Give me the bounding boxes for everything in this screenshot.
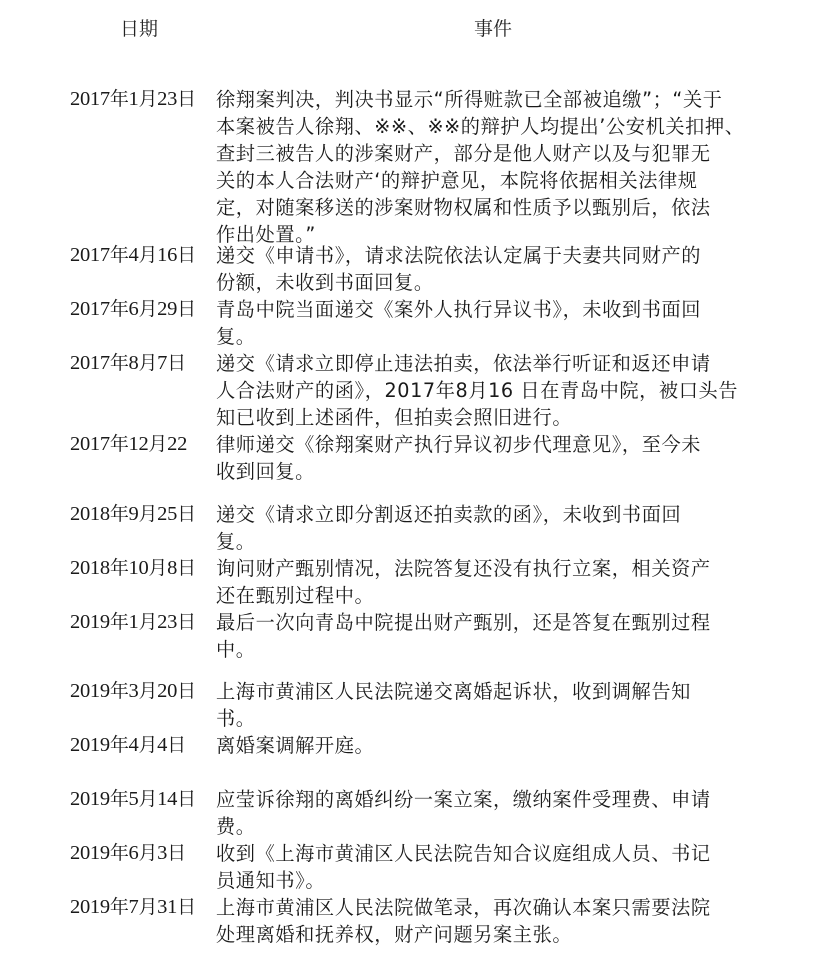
row-date: 2019年7月31日: [70, 894, 196, 921]
row-event: 递交《请求立即分割返还拍卖款的函》，未收到书面回复。: [216, 501, 764, 555]
event-line: 徐翔案判决，判决书显示“所得赃款已全部被追缴”；“关于: [216, 86, 764, 113]
header-event: 事件: [474, 14, 512, 41]
row-date: 2017年8月7日: [70, 350, 186, 377]
event-line: 上海市黄浦区人民法院做笔录，再次确认本案只需要法院: [216, 894, 764, 921]
row-event: 青岛中院当面递交《案外人执行异议书》，未收到书面回复。: [216, 296, 764, 350]
event-line: 询问财产甄别情况，法院答复还没有执行立案，相关资产: [216, 555, 764, 582]
event-line: 上海市黄浦区人民法院递交离婚起诉状，收到调解告知: [216, 678, 764, 705]
event-line: 知已收到上述函件，但拍卖会照旧进行。: [216, 404, 764, 431]
event-line: 递交《请求立即分割返还拍卖款的函》，未收到书面回: [216, 501, 764, 528]
event-line: 离婚案调解开庭。: [216, 732, 764, 759]
event-line: 复。: [216, 528, 764, 555]
row-event: 递交《请求立即停止违法拍卖，依法举行听证和返还申请人合法财产的函》，2017年8…: [216, 350, 764, 431]
event-line: 收到回复。: [216, 458, 764, 485]
row-date: 2019年5月14日: [70, 786, 196, 813]
header-date: 日期: [120, 14, 158, 41]
event-line: 中。: [216, 636, 764, 663]
row-event: 应莹诉徐翔的离婚纠纷一案立案，缴纳案件受理费、申请费。: [216, 786, 764, 840]
event-line: 查封三被告人的涉案财产，部分是他人财产以及与犯罪无: [216, 140, 764, 167]
event-line: 书。: [216, 705, 764, 732]
event-line: 复。: [216, 323, 764, 350]
row-event: 询问财产甄别情况，法院答复还没有执行立案，相关资产还在甄别过程中。: [216, 555, 764, 609]
row-date: 2019年3月20日: [70, 678, 196, 705]
row-date: 2019年6月3日: [70, 840, 186, 867]
event-line: 人合法财产的函》，2017年8月16 日在青岛中院，被口头告: [216, 377, 764, 404]
row-date: 2018年9月25日: [70, 501, 196, 528]
row-event: 徐翔案判决，判决书显示“所得赃款已全部被追缴”；“关于本案被告人徐翔、※※、※※…: [216, 86, 764, 248]
event-line: 定，对随案移送的涉案财物权属和性质予以甄别后，依法: [216, 194, 764, 221]
event-line: 递交《申请书》，请求法院依法认定属于夫妻共同财产的: [216, 242, 764, 269]
event-line: 员通知书》。: [216, 867, 764, 894]
row-event: 上海市黄浦区人民法院做笔录，再次确认本案只需要法院处理离婚和抚养权，财产问题另案…: [216, 894, 764, 948]
event-line: 最后一次向青岛中院提出财产甄别，还是答复在甄别过程: [216, 609, 764, 636]
event-line: 处理离婚和抚养权，财产问题另案主张。: [216, 921, 764, 948]
row-date: 2017年4月16日: [70, 242, 196, 269]
event-line: 律师递交《徐翔案财产执行异议初步代理意见》，至今未: [216, 431, 764, 458]
event-line: 应莹诉徐翔的离婚纠纷一案立案，缴纳案件受理费、申请: [216, 786, 764, 813]
row-event: 离婚案调解开庭。: [216, 732, 764, 759]
row-event: 上海市黄浦区人民法院递交离婚起诉状，收到调解告知书。: [216, 678, 764, 732]
row-date: 2018年10月8日: [70, 555, 196, 582]
row-event: 收到《上海市黄浦区人民法院告知合议庭组成人员、书记员通知书》。: [216, 840, 764, 894]
event-line: 费。: [216, 813, 764, 840]
row-date: 2017年1月23日: [70, 86, 196, 113]
row-date: 2019年4月4日: [70, 732, 186, 759]
event-line: 关的本人合法财产‘的辩护意见，本院将依据相关法律规: [216, 167, 764, 194]
event-line: 本案被告人徐翔、※※、※※的辩护人均提出’公安机关扣押、: [216, 113, 764, 140]
event-line: 递交《请求立即停止违法拍卖，依法举行听证和返还申请: [216, 350, 764, 377]
row-event: 递交《申请书》，请求法院依法认定属于夫妻共同财产的份额，未收到书面回复。: [216, 242, 764, 296]
event-line: 青岛中院当面递交《案外人执行异议书》，未收到书面回: [216, 296, 764, 323]
row-event: 最后一次向青岛中院提出财产甄别，还是答复在甄别过程中。: [216, 609, 764, 663]
row-date: 2019年1月23日: [70, 609, 196, 636]
row-date: 2017年6月29日: [70, 296, 196, 323]
row-date: 2017年12月22: [70, 431, 187, 458]
table-header: 日期 事件: [0, 14, 828, 44]
event-line: 收到《上海市黄浦区人民法院告知合议庭组成人员、书记: [216, 840, 764, 867]
event-line: 还在甄别过程中。: [216, 582, 764, 609]
event-line: 份额，未收到书面回复。: [216, 269, 764, 296]
row-event: 律师递交《徐翔案财产执行异议初步代理意见》，至今未收到回复。: [216, 431, 764, 485]
